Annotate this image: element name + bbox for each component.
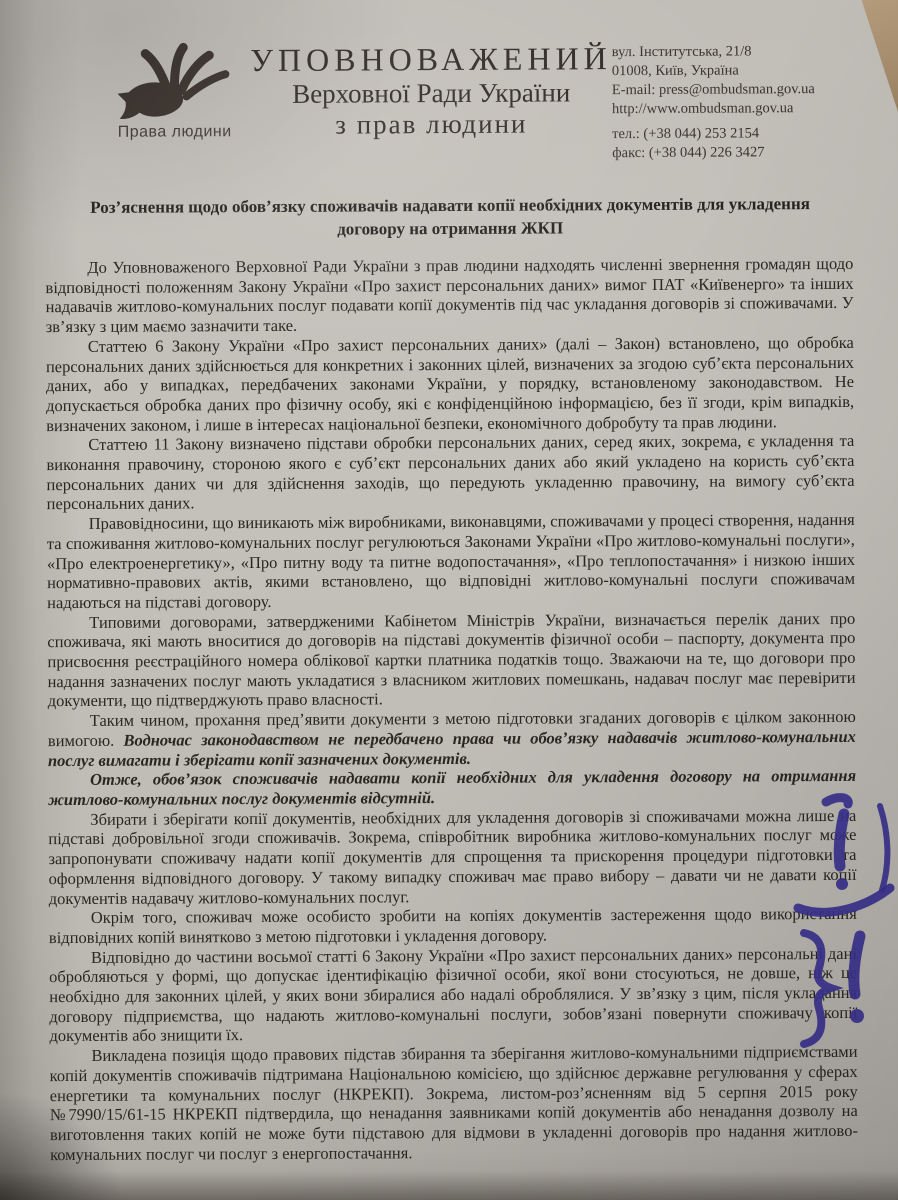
paragraph-7-emphasis: Отже, обов’язок споживачів надавати копі… [48, 766, 856, 810]
ombudsman-logo: Права людини [98, 37, 251, 142]
address-line2: 01008, Київ, Україна [612, 61, 898, 82]
document-body: До Уповноваженого Верховної Ради України… [1, 238, 898, 1165]
paragraph-6-emphasis: Водночас законодавством не передбачено п… [48, 727, 856, 770]
letterhead: Права людини УПОВНОВАЖЕНИЙ Верховної Рад… [0, 0, 898, 166]
paragraph-5: Типовими договорами, затвердженими Кабін… [47, 609, 856, 712]
email-line: E-mail: press@ombudsman.gov.ua [612, 80, 898, 101]
paragraph-3: Статтею 11 Закону визначено підстави обр… [46, 431, 854, 514]
organization-name: УПОВНОВАЖЕНИЙ Верховної Ради України з п… [250, 35, 612, 141]
document-title: Роз’яснення щодо обов’язку споживачів на… [55, 192, 845, 242]
org-name-line1: УПОВНОВАЖЕНИЙ [250, 39, 612, 79]
paragraph-4: Правовідносини, що виникають між виробни… [47, 510, 856, 613]
address-line1: вул. Інститутська, 21/8 [612, 42, 898, 63]
document-sheet: Права людини УПОВНОВАЖЕНИЙ Верховної Рад… [0, 0, 898, 1200]
org-name-line2: Верховної Ради України [250, 77, 612, 110]
paragraph-1: До Уповноваженого Верховної Ради України… [45, 254, 853, 337]
paragraph-9: Окрім того, споживач може особисто зроби… [49, 904, 857, 948]
logo-caption: Права людини [99, 123, 251, 142]
org-name-line3: з прав людини [251, 108, 613, 141]
contact-block: вул. Інститутська, 21/8 01008, Київ, Укр… [612, 34, 898, 164]
paragraph-2: Статтею 6 Закону України «Про захист пер… [46, 333, 855, 436]
paragraph-6: Таким чином, прохання пред’явити докумен… [48, 707, 856, 770]
phone-line: тел.: (+38 044) 253 2154 [612, 124, 898, 145]
paragraph-8: Збирати і зберігати копії документів, не… [48, 806, 857, 909]
fax-line: факс: (+38 044) 226 3427 [612, 143, 898, 164]
paragraph-11: Викладена позиція щодо правових підстав … [49, 1042, 858, 1164]
dove-hand-logo-icon [115, 41, 233, 122]
paragraph-10: Відповідно до частини восьмої статті 6 З… [49, 943, 858, 1046]
website-line: http://www.ombudsman.gov.ua [612, 99, 898, 120]
